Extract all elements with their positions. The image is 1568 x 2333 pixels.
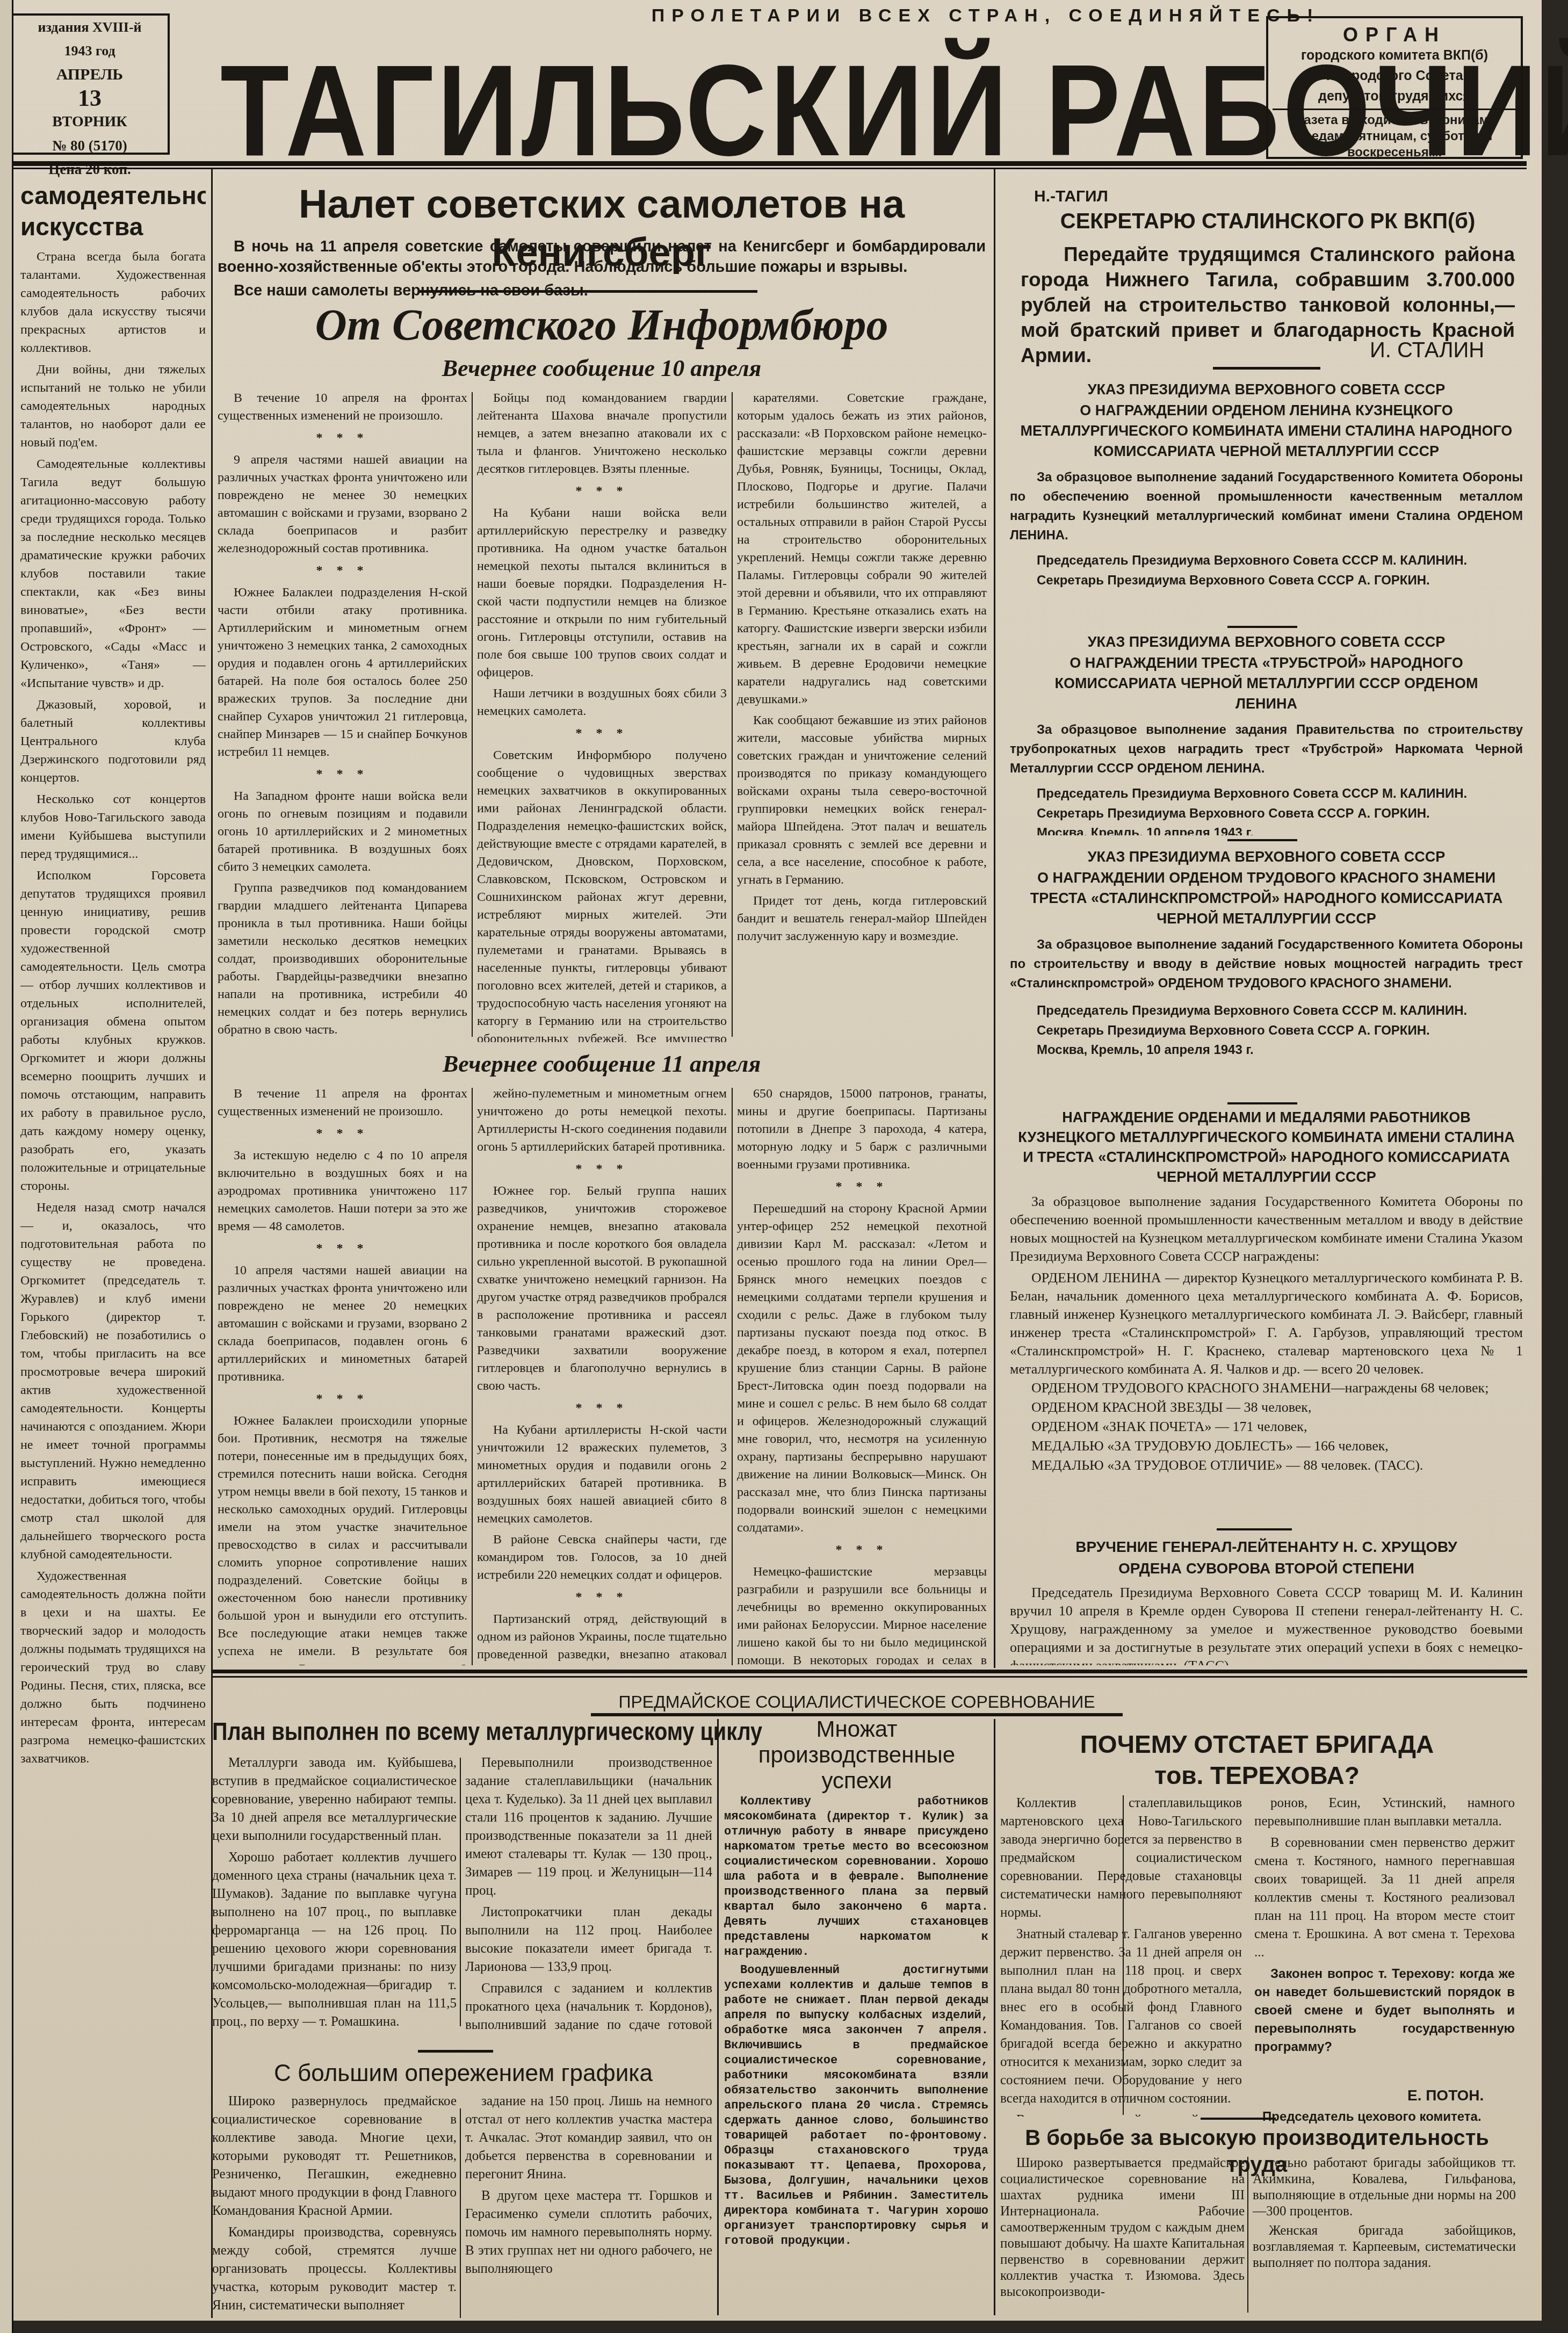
stars-divider: * * *	[477, 1160, 727, 1178]
column-divider	[1247, 2157, 1248, 2313]
paragraph: Несколько сот концертов клубов Ново-Таги…	[20, 790, 206, 863]
paragraph: Командиры производства, соревнуясь между…	[212, 2223, 457, 2315]
decree-lenin-kuznetsk: УКАЗ ПРЕЗИДИУМА ВЕРХОВНОГО СОВЕТА СССР О…	[1010, 379, 1523, 594]
evening-11-column-1: В течение 11 апреля на фронтах существен…	[218, 1085, 467, 1665]
paragraph: Самодеятельные коллективы Тагила ведут б…	[20, 455, 206, 692]
paragraph: Советским Информбюро получено сообщение …	[477, 747, 727, 1042]
masthead-rule-thin	[12, 168, 1527, 169]
column-divider	[460, 1758, 461, 2026]
meat-headline: Множат производственные успехи	[722, 1716, 991, 1794]
decree-header: УКАЗ ПРЕЗИДИУМА ВЕРХОВНОГО СОВЕТА СССР	[1010, 379, 1523, 400]
section-separator	[419, 290, 757, 293]
decree-chairman: Председатель Президиума Верховного Совет…	[1010, 551, 1523, 571]
paragraph: ронов, Есин, Устинский, намного перевыпо…	[1254, 1794, 1515, 1831]
paragraph: Бойцы под командованием гвардии лейтенан…	[477, 389, 727, 478]
column-divider	[732, 392, 733, 1037]
stars-divider: * * *	[218, 1240, 467, 1258]
awards-intro: За образцовое выполнение задания Государ…	[1010, 1193, 1523, 1266]
paragraph: Южнее Балаклеи подразделения Н-ской част…	[218, 584, 467, 761]
meat-body: Коллективу работников мясокомбината (дир…	[724, 1794, 988, 2315]
decree-text: За образцовое выполнение заданий Государ…	[1010, 935, 1523, 993]
bottom-section-rule	[211, 1670, 1527, 1673]
stars-divider: * * *	[477, 482, 727, 500]
bottom-section-rule-thin	[211, 1676, 1527, 1678]
paragraph: В районе Севска снайперы части, где кома…	[477, 1531, 727, 1584]
previous-page-edge	[0, 0, 13, 2333]
organ-line2: и городского Совета	[1268, 66, 1521, 86]
masthead-rule	[12, 161, 1527, 166]
section-separator	[418, 2050, 493, 2053]
paragraph: Группа разведчиков под командованием гва…	[218, 879, 467, 1039]
terekhov-signature: Е. ПОТОН.	[1407, 2084, 1484, 2107]
sovinformburo-headline: От Советского Информбюро	[218, 298, 986, 352]
decree-title: О НАГРАЖДЕНИИ ОРДЕНОМ ЛЕНИНА КУЗНЕЦКОГО …	[1010, 400, 1523, 461]
decree-trubstroy: УКАЗ ПРЕЗИДИУМА ВЕРХОВНОГО СОВЕТА СССР О…	[1010, 631, 1523, 835]
paragraph: Южнее Балаклеи происходили упорные бои. …	[218, 1412, 467, 1665]
issue-info-box: издания XVIII-й 1943 год АПРЕЛЬ 13 ВТОРН…	[12, 13, 170, 155]
paragraph: Перешедший на сторону Красной Армии унте…	[737, 1200, 987, 1537]
awards-announcement: НАГРАЖДЕНИЕ ОРДЕНАМИ И МЕДАЛЯМИ РАБОТНИК…	[1010, 1108, 1523, 1521]
stars-divider: * * *	[218, 429, 467, 447]
column-divider	[472, 1088, 473, 1665]
issue-year-of-publication: издания XVIII-й	[12, 16, 168, 39]
paragraph: Джазовый, хоровой, и балетный коллективы…	[20, 696, 206, 787]
paragraph: Исполком Горсовета депутатов трудящихся …	[20, 866, 206, 1195]
decree-secretary: Секретарь Президиума Верховного Совета С…	[1010, 571, 1523, 590]
column-divider	[994, 169, 995, 1668]
paragraph: Металлурги завода им. Куйбышева, вступив…	[212, 1754, 457, 1845]
paragraph: задание на 150 проц. Лишь на немного отс…	[465, 2092, 712, 2184]
decree-header: УКАЗ ПРЕЗИДИУМА ВЕРХОВНОГО СОВЕТА СССР	[1010, 631, 1523, 653]
paragraph: 9 апреля частями нашей авиации на различ…	[218, 451, 467, 558]
paragraph: На Кубани наши войска вели артиллерийску…	[477, 504, 727, 682]
paragraph: Листопрокатчики план декады выполнили на…	[465, 1903, 712, 1976]
paragraph: Дни войны, дни тяжелых испытаний не толь…	[20, 360, 206, 452]
organ-line1: городского комитета ВКП(б)	[1268, 45, 1521, 66]
organ-line3: депутатов трудящихся	[1273, 86, 1516, 110]
paragraph: Широко развертывается предмайское социал…	[1000, 2155, 1245, 2300]
khrushchev-text: Председатель Президиума Верховного Совет…	[1010, 1584, 1523, 1665]
paragraph: Партизанский отряд, действующий в одном …	[477, 1610, 727, 1665]
publication-schedule: Газета выходит по вторникам, средам, пят…	[1268, 110, 1521, 161]
decree-chairman: Председатель Президиума Верховного Совет…	[1010, 784, 1523, 804]
issue-year: 1943 год	[12, 39, 168, 63]
decree-place-date: Москва, Кремль, 10 апреля 1943 г.	[1010, 590, 1523, 594]
stars-divider: * * *	[218, 562, 467, 580]
awards-title: НАГРАЖДЕНИЕ ОРДЕНАМИ И МЕДАЛЯМИ РАБОТНИК…	[1010, 1108, 1523, 1187]
decree-text: За образцовое выполнение задания Правите…	[1010, 720, 1523, 778]
evening-10-column-2: Бойцы под командованием гвардии лейтенан…	[477, 389, 727, 1042]
koenigsberg-lead: В ночь на 11 апреля советские самолеты с…	[218, 236, 986, 304]
paragraph: Хорошо работает коллектив лучшего доменн…	[212, 1848, 457, 2031]
motto: ПРОЛЕТАРИИ ВСЕХ СТРАН, СОЕДИНЯЙТЕСЬ!	[647, 5, 1324, 26]
section-separator	[1213, 367, 1320, 370]
decree-title: О НАГРАЖДЕНИИ ТРЕСТА «ТРУБСТРОЙ» НАРОДНО…	[1010, 653, 1523, 714]
paragraph: Коллективу работников мясокомбината (дир…	[724, 1794, 988, 1960]
precompetition-banner: ПРЕДМАЙСКОЕ СОЦИАЛИСТИЧЕСКОЕ СОРЕВНОВАНИ…	[591, 1692, 1123, 1716]
evening-11-column-2: жейно-пулеметным и минометным огнем унич…	[477, 1085, 727, 1665]
productivity-column-1: Широко развертывается предмайское социал…	[1000, 2155, 1245, 2316]
awards-order-of-lenin: ОРДЕНОМ ЛЕНИНА — директор Кузнецкого мет…	[1010, 1269, 1523, 1378]
decree-stalinskpromstroy: УКАЗ ПРЕЗИДИУМА ВЕРХОВНОГО СОВЕТА СССР О…	[1010, 846, 1523, 1099]
evening-report-11-title: Вечернее сообщение 11 апреля	[218, 1050, 986, 1078]
schedule-column-1: Широко развернулось предмайское социалис…	[212, 2092, 457, 2318]
decree-place-date: Москва, Кремль, 10 апреля 1943 г.	[1010, 824, 1523, 835]
decree-text: За образцовое выполнение заданий Государ…	[1010, 468, 1523, 545]
section-separator	[1201, 2118, 1276, 2120]
stars-divider: * * *	[218, 1125, 467, 1143]
awards-list-item: МЕДАЛЬЮ «ЗА ТРУДОВОЕ ОТЛИЧИЕ» — 88 челов…	[1010, 1456, 1523, 1475]
paragraph: Воодушевленный достигнутыми успехами кол…	[724, 1963, 988, 2249]
stars-divider: * * *	[477, 1399, 727, 1417]
evening-10-column-1: В течение 10 апреля на фронтах существен…	[218, 389, 467, 1042]
stars-divider: * * *	[737, 1541, 987, 1559]
paragraph: Немецко-фашистские мерзавцы разграбили и…	[737, 1563, 987, 1665]
paragraph: 10 апреля частями нашей авиации на разли…	[218, 1262, 467, 1386]
decree-title: О НАГРАЖДЕНИИ ОРДЕНОМ ТРУДОВОГО КРАСНОГО…	[1010, 868, 1523, 929]
paragraph: Художественная самодеятельность должна п…	[20, 1567, 206, 1768]
awards-list-item: ОРДЕНОМ КРАСНОЙ ЗВЕЗДЫ — 38 человек,	[1010, 1398, 1523, 1417]
organ-label: ОРГАН	[1268, 25, 1521, 45]
plan-headline: План выполнен по всему металлургическому…	[212, 1716, 644, 1746]
paragraph: карателями. Советские граждане, которым …	[737, 389, 987, 709]
awards-list-item: ОРДЕНОМ «ЗНАК ПОЧЕТА» — 171 человек,	[1010, 1417, 1523, 1436]
evening-11-column-3: 650 снарядов, 15000 патронов, гранаты, м…	[737, 1085, 987, 1665]
plan-column-2: Перевыполнили производственное задание с…	[465, 1754, 712, 2033]
paragraph: Коллектив сталеплавильщиков мартеновског…	[1000, 1794, 1242, 1922]
paragraph: Как сообщают бежавшие из этих районов жи…	[737, 712, 987, 889]
telegram-addressee: СЕКРЕТАРЮ СТАЛИНСКОГО РК ВКП(б)	[1010, 210, 1526, 234]
khrushchev-title: ВРУЧЕНИЕ ГЕНЕРАЛ-ЛЕЙТЕНАНТУ Н. С. ХРУЩОВ…	[1010, 1536, 1523, 1579]
left-column-article: самодеятельного искусства Страна всегда …	[20, 180, 206, 2307]
left-column-body: Страна всегда была богата талантами. Худ…	[20, 248, 206, 1768]
left-column-headline: самодеятельного искусства	[20, 180, 206, 242]
paragraph: Страна всегда была богата талантами. Худ…	[20, 248, 206, 357]
section-separator	[1227, 1102, 1297, 1104]
decree-header: УКАЗ ПРЕЗИДИУМА ВЕРХОВНОГО СОВЕТА СССР	[1010, 846, 1523, 868]
section-separator	[1227, 839, 1297, 841]
evening-10-column-3: карателями. Советские граждане, которым …	[737, 389, 987, 1042]
paragraph: Неделя назад смотр начался — и, оказалос…	[20, 1198, 206, 1564]
paragraph: Южнее гор. Белый группа наших разведчико…	[477, 1182, 727, 1395]
stars-divider: * * *	[477, 725, 727, 742]
paragraph: Справился с заданием и коллектив прокатн…	[465, 1980, 712, 2033]
stars-divider: * * *	[218, 765, 467, 783]
issue-day: 13	[12, 86, 168, 110]
section-separator	[1217, 1528, 1292, 1530]
paragraph: Наши летчики в воздушных боях сбили 3 не…	[477, 685, 727, 720]
telegram-place: Н.-ТАГИЛ	[1034, 185, 1108, 208]
telegram-signature: И. СТАЛИН	[1370, 338, 1484, 363]
schedule-headline: С большим опережением графика	[212, 2058, 714, 2089]
column-divider	[994, 1719, 995, 2315]
productivity-column-2: тельно работают бригады забойщиков тт. А…	[1253, 2155, 1516, 2316]
newspaper-page: ПРОЛЕТАРИИ ВСЕХ СТРАН, СОЕДИНЯЙТЕСЬ! изд…	[0, 0, 1542, 2321]
stars-divider: * * *	[477, 1588, 727, 1606]
paragraph: В течение 10 апреля на фронтах существен…	[218, 389, 467, 425]
column-divider	[472, 392, 473, 1037]
issue-month: АПРЕЛЬ	[12, 63, 168, 86]
plan-column-1: Металлурги завода им. Куйбышева, вступив…	[212, 1754, 457, 2033]
terekhov-headline-line2: тов. ТЕРЕХОВА?	[999, 1761, 1515, 1790]
paragraph: Знатный сталевар т. Галганов уверенно де…	[1000, 1925, 1242, 2108]
koenigsberg-lead-text: В ночь на 11 апреля советские самолеты с…	[218, 236, 986, 277]
paragraph: 650 снарядов, 15000 патронов, гранаты, м…	[737, 1085, 987, 1174]
paragraph: За истекшую неделю с 4 по 10 апреля вклю…	[218, 1147, 467, 1236]
decree-chairman: Председатель Президиума Верховного Совет…	[1010, 1001, 1523, 1021]
terekhov-column-1: Коллектив сталеплавильщиков мартеновског…	[1000, 1794, 1242, 2117]
schedule-column-2: задание на 150 проц. Лишь на немного отс…	[465, 2092, 712, 2318]
awards-list-item: ОРДЕНОМ ТРУДОВОГО КРАСНОГО ЗНАМЕНИ—награ…	[1010, 1378, 1523, 1398]
stars-divider: * * *	[737, 1178, 987, 1196]
column-divider	[717, 1719, 719, 2315]
paragraph: Высоких показателей в первой декаде апре…	[1000, 2111, 1242, 2117]
paragraph: В течение 11 апреля на фронтах существен…	[218, 1085, 467, 1121]
paragraph: Женская бригада забойщиков, возглавляема…	[1253, 2223, 1516, 2271]
terekhov-column-2: ронов, Есин, Устинский, намного перевыпо…	[1254, 1794, 1515, 2074]
issue-number: № 80 (5170)	[12, 134, 168, 157]
issue-weekday: ВТОРНИК	[12, 110, 168, 134]
decree-place-date: Москва, Кремль, 10 апреля 1943 г.	[1010, 1041, 1523, 1060]
decree-secretary: Секретарь Президиума Верховного Совета С…	[1010, 1021, 1523, 1041]
paragraph: жейно-пулеметным и минометным огнем унич…	[477, 1085, 727, 1156]
column-divider	[732, 1088, 733, 1665]
awards-list-item: МЕДАЛЬЮ «ЗА ТРУДОВУЮ ДОБЛЕСТЬ» — 166 чел…	[1010, 1436, 1523, 1456]
evening-report-10-title: Вечернее сообщение 10 апреля	[218, 355, 986, 382]
section-separator	[1227, 626, 1297, 628]
paragraph: Широко развернулось предмайское социалис…	[212, 2092, 457, 2220]
newspaper-title: ТАГИЛЬСКИЙ РАБОЧИЙ	[220, 46, 1273, 176]
paragraph: Придет тот день, когда гитлеровский банд…	[737, 892, 987, 945]
paragraph: тельно работают бригады забойщиков тт. А…	[1253, 2155, 1516, 2220]
paragraph: На Западном фронте наши войска вели огон…	[218, 788, 467, 876]
paragraph: На Кубани артиллеристы Н-ской части унич…	[477, 1421, 727, 1528]
paragraph: Перевыполнили производственное задание с…	[465, 1754, 712, 1900]
paragraph: В соревновании смен первенство держит см…	[1254, 1834, 1515, 1962]
column-divider	[460, 2108, 461, 2318]
stars-divider: * * *	[218, 1390, 467, 1408]
paragraph: В другом цехе мастера тт. Горшков и Гера…	[465, 2187, 712, 2278]
terekhov-headline-line1: ПОЧЕМУ ОТСТАЕТ БРИГАДА	[999, 1730, 1515, 1759]
paragraph: Законен вопрос т. Терехову: когда же он …	[1254, 1965, 1515, 2056]
organ-box: ОРГАН городского комитета ВКП(б) и город…	[1266, 16, 1523, 159]
khrushchev-award: ВРУЧЕНИЕ ГЕНЕРАЛ-ЛЕЙТЕНАНТУ Н. С. ХРУЩОВ…	[1010, 1536, 1523, 1665]
column-divider	[1123, 1795, 1124, 2115]
decree-secretary: Секретарь Президиума Верховного Совета С…	[1010, 804, 1523, 824]
